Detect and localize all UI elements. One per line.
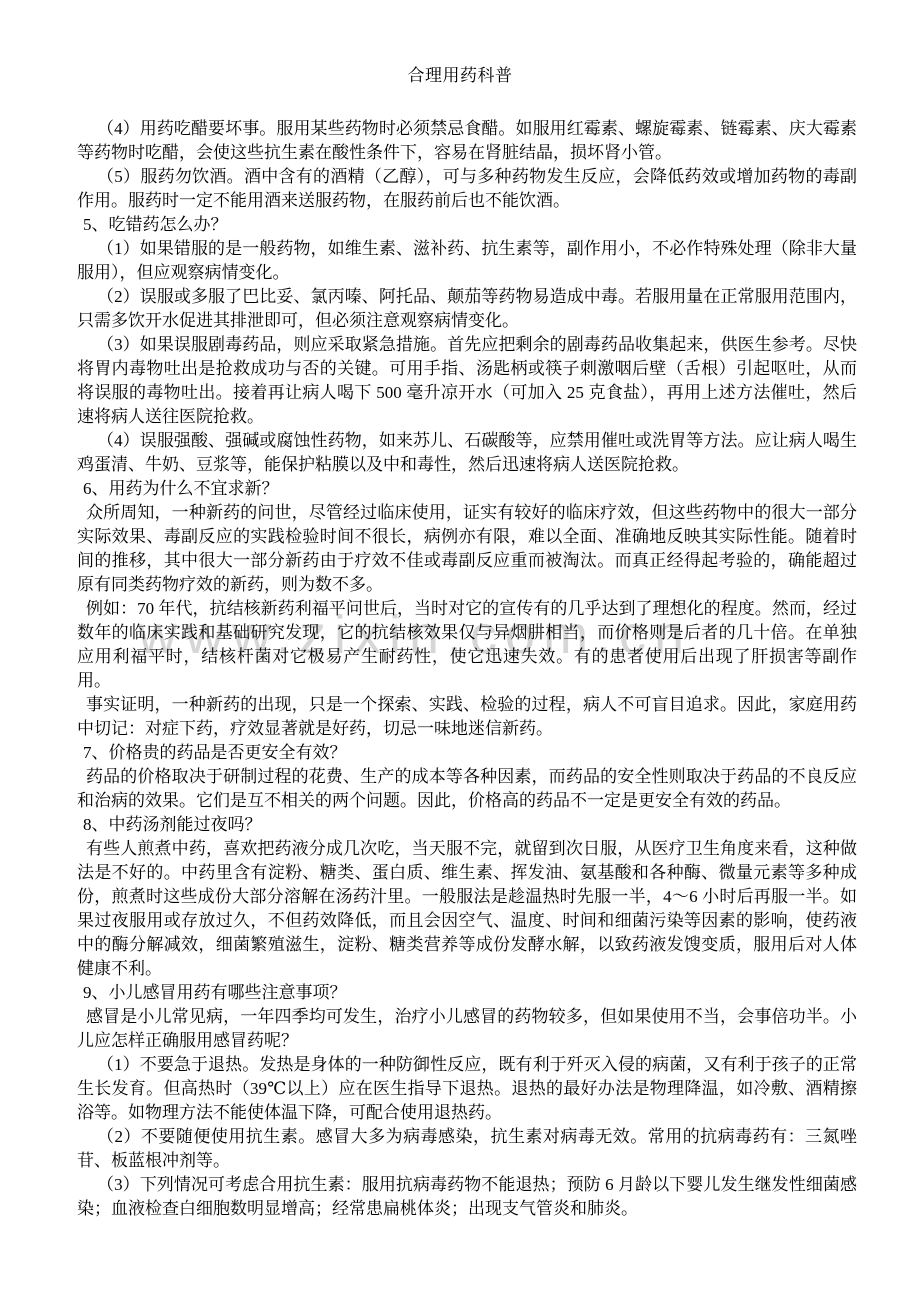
paragraph: 事实证明，一种新药的出现，只是一个探索、实践、检验的过程，病人不可盲目追求。因此…	[77, 693, 857, 741]
paragraph: 有些人煎煮中药，喜欢把药液分成几次吃，当天服不完，就留到次日服，从医疗卫生角度来…	[77, 837, 857, 981]
paragraph: 例如：70 年代，抗结核新药利福平问世后，当时对它的宣传有的几乎达到了理想化的程…	[77, 597, 857, 693]
paragraph: 药品的价格取决于研制过程的花费、生产的成本等各种因素，而药品的安全性则取决于药品…	[77, 765, 857, 813]
section-heading: 5、吃错药怎么办？	[77, 213, 857, 237]
paragraph: （3）下列情况可考虑合用抗生素：服用抗病毒药物不能退热；预防 6 月龄以下婴儿发…	[77, 1173, 857, 1221]
paragraph: （4）误服强酸、强碱或腐蚀性药物，如来苏儿、石碳酸等，应禁用催吐或洗胃等方法。应…	[77, 429, 857, 477]
paragraph: （1）如果错服的是一般药物，如维生素、滋补药、抗生素等，副作用小，不必作特殊处理…	[77, 237, 857, 285]
paragraph: （4）用药吃醋要坏事。服用某些药物时必须禁忌食醋。如服用红霉素、螺旋霉素、链霉素…	[77, 117, 857, 165]
section-heading: 9、小儿感冒用药有哪些注意事项？	[77, 981, 857, 1005]
section-heading: 7、价格贵的药品是否更安全有效？	[77, 741, 857, 765]
page-title: 合理用药科普	[0, 0, 920, 88]
section-heading: 6、用药为什么不宜求新？	[77, 477, 857, 501]
paragraph: （5）服药勿饮酒。酒中含有的酒精（乙醇），可与多种药物发生反应，会降低药效或增加…	[77, 165, 857, 213]
paragraph: （2）不要随便使用抗生素。感冒大多为病毒感染，抗生素对病毒无效。常用的抗病毒药有…	[77, 1125, 857, 1173]
paragraph: （2）误服或多服了巴比妥、氯丙嗪、阿托品、颠茄等药物易造成中毒。若服用量在正常服…	[77, 285, 857, 333]
paragraph: （1）不要急于退热。发热是身体的一种防御性反应，既有利于歼灭入侵的病菌，又有利于…	[77, 1053, 857, 1125]
document-page: www.zixin.com.cn 合理用药科普 （4）用药吃醋要坏事。服用某些药…	[0, 0, 920, 1302]
section-heading: 8、中药汤剂能过夜吗？	[77, 813, 857, 837]
document-body: （4）用药吃醋要坏事。服用某些药物时必须禁忌食醋。如服用红霉素、螺旋霉素、链霉素…	[77, 117, 857, 1221]
paragraph: （3）如果误服剧毒药品，则应采取紧急措施。首先应把剩余的剧毒药品收集起来，供医生…	[77, 333, 857, 429]
paragraph: 众所周知，一种新药的问世，尽管经过临床使用，证实有较好的临床疗效，但这些药物中的…	[77, 501, 857, 597]
paragraph: 感冒是小儿常见病，一年四季均可发生，治疗小儿感冒的药物较多，但如果使用不当，会事…	[77, 1005, 857, 1053]
